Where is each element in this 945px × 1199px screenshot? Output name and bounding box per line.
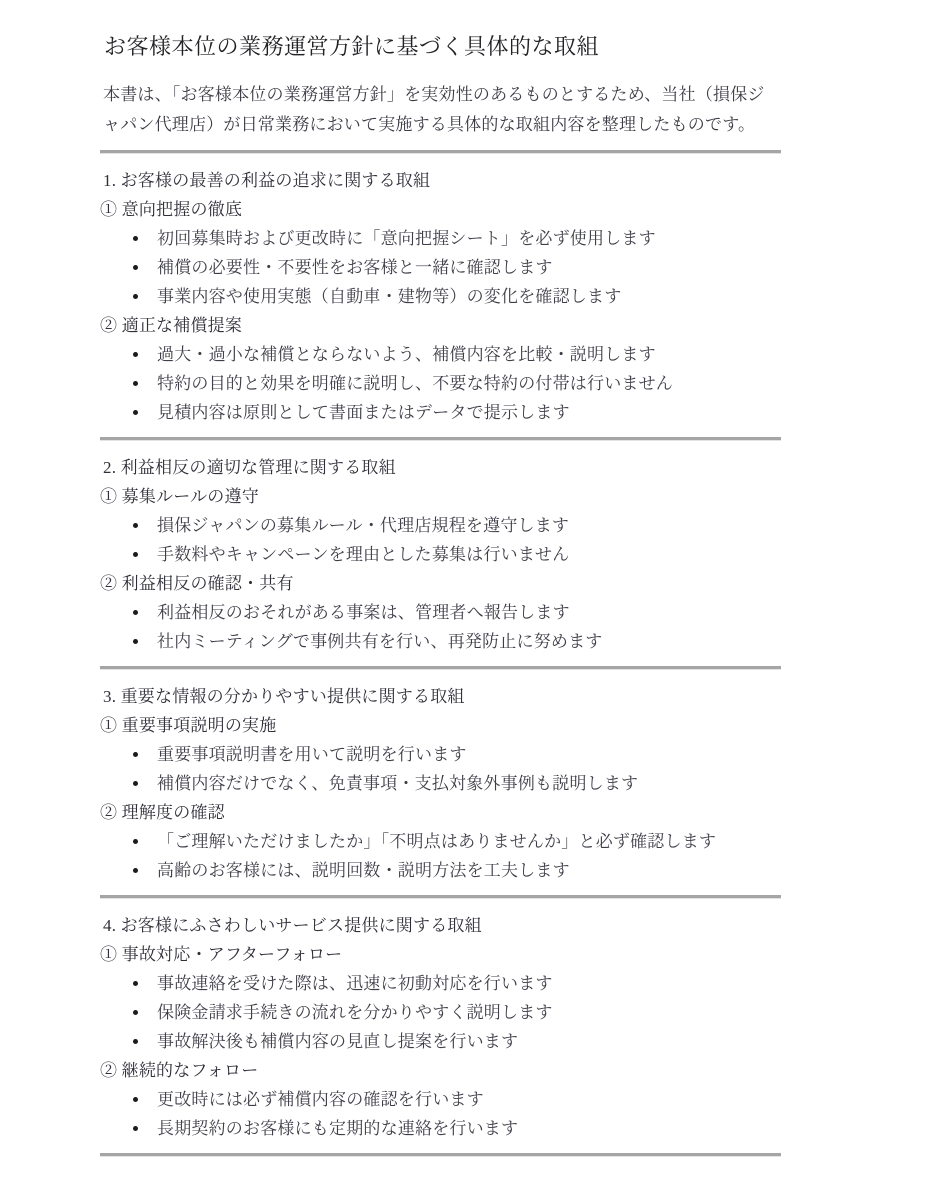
- bullet-list: 初回募集時および更改時に「意向把握シート」を必ず使用します補償の必要性・不要性を…: [100, 224, 781, 311]
- subsection-label: ② 理解度の確認: [100, 798, 781, 827]
- bullet-item: 初回募集時および更改時に「意向把握シート」を必ず使用します: [100, 224, 781, 253]
- page-title: お客様本位の業務運営方針に基づく具体的な取組: [104, 30, 781, 64]
- intro-paragraph: 本書は、「お客様本位の業務運営方針」を実効性のあるものとするため、当社（損保ジャ…: [103, 80, 781, 140]
- bullet-item: 重要事項説明書を用いて説明を行います: [100, 740, 781, 769]
- bullet-item: 事故解決後も補償内容の見直し提案を行います: [100, 1027, 781, 1056]
- section-1: 1. お客様の最善の利益の追求に関する取組① 意向把握の徹底初回募集時および更改…: [100, 166, 781, 441]
- subsection-label: ① 重要事項説明の実施: [100, 711, 781, 740]
- bullet-item: 更改時には必ず補償内容の確認を行います: [100, 1085, 781, 1114]
- section-2: 2. 利益相反の適切な管理に関する取組① 募集ルールの遵守損保ジャパンの募集ルー…: [100, 453, 781, 670]
- subsection-label: ② 継続的なフォロー: [100, 1056, 781, 1085]
- section-heading: 3. 重要な情報の分かりやすい提供に関する取組: [103, 682, 781, 711]
- section-3: 3. 重要な情報の分かりやすい提供に関する取組① 重要事項説明の実施重要事項説明…: [100, 682, 781, 899]
- subsection-label: ① 募集ルールの遵守: [100, 482, 781, 511]
- bullet-list: 重要事項説明書を用いて説明を行います補償内容だけでなく、免責事項・支払対象外事例…: [100, 740, 781, 798]
- section-divider: [100, 895, 781, 899]
- section-divider: [100, 437, 781, 441]
- bullet-item: 特約の目的と効果を明確に説明し、不要な特約の付帯は行いません: [100, 369, 781, 398]
- bullet-item: 社内ミーティングで事例共有を行い、再発防止に努めます: [100, 627, 781, 656]
- document-page: お客様本位の業務運営方針に基づく具体的な取組 本書は、「お客様本位の業務運営方針…: [100, 0, 781, 1157]
- bullet-item: 過大・過小な補償とならないよう、補償内容を比較・説明します: [100, 340, 781, 369]
- bullet-list: 損保ジャパンの募集ルール・代理店規程を遵守します手数料やキャンペーンを理由とした…: [100, 511, 781, 569]
- subsection-label: ② 適正な補償提案: [100, 311, 781, 340]
- bullet-item: 補償の必要性・不要性をお客様と一緒に確認します: [100, 253, 781, 282]
- bullet-list: 事故連絡を受けた際は、迅速に初動対応を行います保険金請求手続きの流れを分かりやす…: [100, 969, 781, 1056]
- section-divider: [100, 666, 781, 670]
- bullet-item: 事業内容や使用実態（自動車・建物等）の変化を確認します: [100, 282, 781, 311]
- section-divider: [100, 1153, 781, 1157]
- bullet-item: 損保ジャパンの募集ルール・代理店規程を遵守します: [100, 511, 781, 540]
- section-4: 4. お客様にふさわしいサービス提供に関する取組① 事故対応・アフターフォロー事…: [100, 911, 781, 1157]
- bullet-item: 見積内容は原則として書面またはデータで提示します: [100, 398, 781, 427]
- subsection-label: ① 意向把握の徹底: [100, 195, 781, 224]
- section-heading: 2. 利益相反の適切な管理に関する取組: [103, 453, 781, 482]
- bullet-item: 保険金請求手続きの流れを分かりやすく説明します: [100, 998, 781, 1027]
- sections-container: 1. お客様の最善の利益の追求に関する取組① 意向把握の徹底初回募集時および更改…: [100, 166, 781, 1157]
- bullet-list: 利益相反のおそれがある事案は、管理者へ報告します社内ミーティングで事例共有を行い…: [100, 598, 781, 656]
- bullet-item: 高齢のお客様には、説明回数・説明方法を工夫します: [100, 856, 781, 885]
- bullet-list: 「ご理解いただけましたか」「不明点はありませんか」と必ず確認します高齢のお客様に…: [100, 827, 781, 885]
- bullet-item: 長期契約のお客様にも定期的な連絡を行います: [100, 1114, 781, 1143]
- bullet-item: 利益相反のおそれがある事案は、管理者へ報告します: [100, 598, 781, 627]
- subsection-label: ② 利益相反の確認・共有: [100, 569, 781, 598]
- bullet-list: 過大・過小な補償とならないよう、補償内容を比較・説明します特約の目的と効果を明確…: [100, 340, 781, 427]
- bullet-item: 補償内容だけでなく、免責事項・支払対象外事例も説明します: [100, 769, 781, 798]
- bullet-item: 「ご理解いただけましたか」「不明点はありませんか」と必ず確認します: [100, 827, 781, 856]
- section-heading: 4. お客様にふさわしいサービス提供に関する取組: [103, 911, 781, 940]
- section-heading: 1. お客様の最善の利益の追求に関する取組: [103, 166, 781, 195]
- bullet-item: 手数料やキャンペーンを理由とした募集は行いません: [100, 540, 781, 569]
- bullet-list: 更改時には必ず補償内容の確認を行います長期契約のお客様にも定期的な連絡を行います: [100, 1085, 781, 1143]
- intro-divider: [100, 150, 781, 154]
- subsection-label: ① 事故対応・アフターフォロー: [100, 940, 781, 969]
- bullet-item: 事故連絡を受けた際は、迅速に初動対応を行います: [100, 969, 781, 998]
